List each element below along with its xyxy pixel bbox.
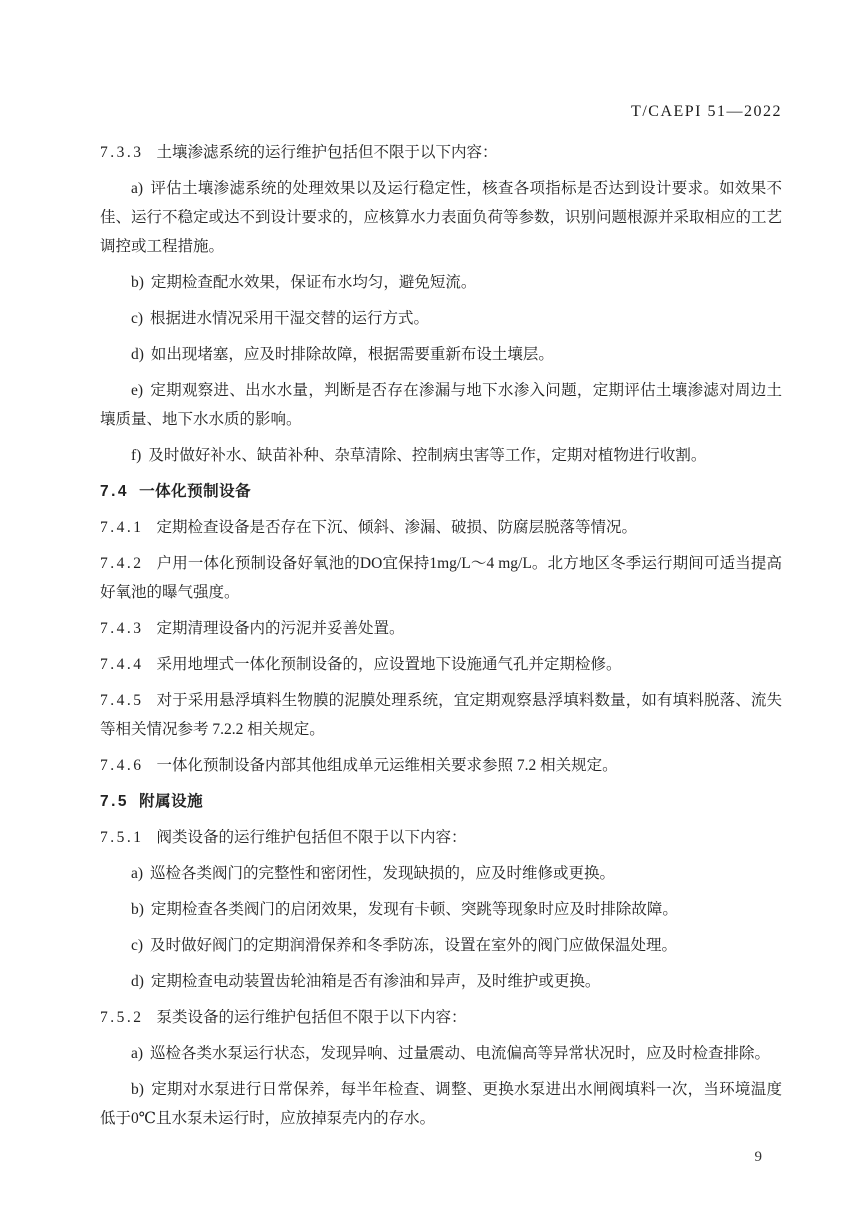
clause-paragraph: 7.4.1定期检查设备是否存在下沉、倾斜、渗漏、破损、防腐层脱落等情况。 — [100, 513, 782, 542]
clause-number: 7.4.4 — [100, 656, 144, 673]
paragraph-text: 土壤渗滤系统的运行维护包括但不限于以下内容： — [157, 144, 498, 161]
clause-paragraph: 7.3.3土壤渗滤系统的运行维护包括但不限于以下内容： — [100, 138, 782, 167]
clause-number: 7.4 — [100, 483, 129, 500]
clause-number: 7.5.1 — [100, 829, 144, 846]
item-marker: d) — [131, 973, 144, 990]
page-number: 9 — [100, 1149, 782, 1166]
list-item-paragraph: a)评估土壤渗滤系统的处理效果以及运行稳定性，核查各项指标是否达到设计要求。如效… — [100, 174, 782, 261]
item-marker: f) — [131, 447, 141, 464]
paragraph-text: 定期观察进、出水水量，判断是否存在渗漏与地下水渗入问题，定期评估土壤渗滤对周边土… — [100, 382, 782, 428]
item-marker: d) — [131, 346, 144, 363]
clause-paragraph: 7.5.1阀类设备的运行维护包括但不限于以下内容： — [100, 823, 782, 852]
list-item-paragraph: a)巡检各类阀门的完整性和密闭性，发现缺损的，应及时维修或更换。 — [100, 859, 782, 888]
clause-paragraph: 7.4.5对于采用悬浮填料生物膜的泥膜处理系统，宜定期观察悬浮填料数量，如有填料… — [100, 686, 782, 744]
paragraph-text: 对于采用悬浮填料生物膜的泥膜处理系统，宜定期观察悬浮填料数量，如有填料脱落、流失… — [100, 692, 782, 738]
paragraph-text: 阀类设备的运行维护包括但不限于以下内容： — [157, 829, 467, 846]
list-item-paragraph: a)巡检各类水泵运行状态，发现异响、过量震动、电流偏高等异常状况时，应及时检查排… — [100, 1039, 782, 1068]
clause-number: 7.4.6 — [100, 757, 144, 774]
clause-number: 7.4.5 — [100, 692, 144, 709]
list-item-paragraph: f)及时做好补水、缺苗补种、杂草清除、控制病虫害等工作，定期对植物进行收割。 — [100, 441, 782, 470]
paragraph-text: 附属设施 — [139, 793, 203, 810]
paragraph-text: 采用地埋式一体化预制设备的，应设置地下设施通气孔并定期检修。 — [157, 656, 622, 673]
paragraph-text: 定期检查各类阀门的启闭效果，发现有卡顿、突跳等现象时应及时排除故障。 — [151, 901, 678, 918]
item-marker: c) — [131, 937, 143, 954]
paragraph-text: 泵类设备的运行维护包括但不限于以下内容： — [157, 1009, 467, 1026]
list-item-paragraph: b)定期对水泵进行日常保养，每半年检查、调整、更换水泵进出水闸阀填料一次，当环境… — [100, 1075, 782, 1133]
paragraph-text: 定期检查配水效果，保证布水均匀，避免短流。 — [151, 274, 477, 291]
paragraph-text: 定期检查设备是否存在下沉、倾斜、渗漏、破损、防腐层脱落等情况。 — [157, 519, 638, 536]
clause-number: 7.4.2 — [100, 555, 144, 572]
document-page: T/CAEPI 51—2022 7.3.3土壤渗滤系统的运行维护包括但不限于以下… — [0, 0, 860, 1216]
list-item-paragraph: d)定期检查电动装置齿轮油箱是否有渗油和异声，及时维护或更换。 — [100, 967, 782, 996]
list-item-paragraph: c)及时做好阀门的定期润滑保养和冬季防冻，设置在室外的阀门应做保温处理。 — [100, 931, 782, 960]
list-item-paragraph: d)如出现堵塞，应及时排除故障，根据需要重新布设土壤层。 — [100, 340, 782, 369]
section-heading: 7.5附属设施 — [100, 787, 782, 816]
paragraph-text: 巡检各类阀门的完整性和密闭性，发现缺损的，应及时维修或更换。 — [150, 865, 615, 882]
clause-number: 7.5.2 — [100, 1009, 144, 1026]
clause-paragraph: 7.4.4采用地埋式一体化预制设备的，应设置地下设施通气孔并定期检修。 — [100, 650, 782, 679]
clause-number: 7.4.1 — [100, 519, 144, 536]
item-marker: e) — [131, 382, 143, 399]
paragraph-text: 根据进水情况采用干湿交替的运行方式。 — [150, 310, 429, 327]
paragraph-text: 一体化预制设备 — [139, 483, 251, 500]
paragraph-text: 户用一体化预制设备好氧池的DO宜保持1mg/L～4 mg/L。北方地区冬季运行期… — [100, 555, 782, 601]
paragraph-text: 定期检查电动装置齿轮油箱是否有渗油和异声，及时维护或更换。 — [151, 973, 601, 990]
paragraph-text: 评估土壤渗滤系统的处理效果以及运行稳定性，核查各项指标是否达到设计要求。如效果不… — [100, 180, 782, 255]
paragraph-text: 定期对水泵进行日常保养，每半年检查、调整、更换水泵进出水闸阀填料一次，当环境温度… — [100, 1081, 782, 1127]
item-marker: a) — [131, 1045, 143, 1062]
paragraph-text: 巡检各类水泵运行状态，发现异响、过量震动、电流偏高等异常状况时，应及时检查排除。 — [150, 1045, 770, 1062]
clause-number: 7.5 — [100, 793, 129, 810]
list-item-paragraph: b)定期检查各类阀门的启闭效果，发现有卡顿、突跳等现象时应及时排除故障。 — [100, 895, 782, 924]
list-item-paragraph: c)根据进水情况采用干湿交替的运行方式。 — [100, 304, 782, 333]
item-marker: c) — [131, 310, 143, 327]
clause-paragraph: 7.5.2泵类设备的运行维护包括但不限于以下内容： — [100, 1003, 782, 1032]
paragraph-text: 如出现堵塞，应及时排除故障，根据需要重新布设土壤层。 — [151, 346, 554, 363]
item-marker: a) — [131, 865, 143, 882]
document-body: 7.3.3土壤渗滤系统的运行维护包括但不限于以下内容：a)评估土壤渗滤系统的处理… — [100, 138, 782, 1133]
document-header-standard-number: T/CAEPI 51—2022 — [100, 100, 782, 124]
paragraph-text: 及时做好阀门的定期润滑保养和冬季防冻，设置在室外的阀门应做保温处理。 — [150, 937, 677, 954]
clause-number: 7.3.3 — [100, 144, 144, 161]
clause-number: 7.4.3 — [100, 620, 144, 637]
section-heading: 7.4一体化预制设备 — [100, 477, 782, 506]
list-item-paragraph: b)定期检查配水效果，保证布水均匀，避免短流。 — [100, 268, 782, 297]
clause-paragraph: 7.4.2户用一体化预制设备好氧池的DO宜保持1mg/L～4 mg/L。北方地区… — [100, 549, 782, 607]
clause-paragraph: 7.4.3定期清理设备内的污泥并妥善处置。 — [100, 614, 782, 643]
item-marker: b) — [131, 274, 144, 291]
item-marker: b) — [131, 1081, 144, 1098]
paragraph-text: 及时做好补水、缺苗补种、杂草清除、控制病虫害等工作，定期对植物进行收割。 — [148, 447, 706, 464]
item-marker: b) — [131, 901, 144, 918]
list-item-paragraph: e)定期观察进、出水水量，判断是否存在渗漏与地下水渗入问题，定期评估土壤渗滤对周… — [100, 376, 782, 434]
clause-paragraph: 7.4.6一体化预制设备内部其他组成单元运维相关要求参照 7.2 相关规定。 — [100, 751, 782, 780]
item-marker: a) — [131, 180, 143, 197]
paragraph-text: 一体化预制设备内部其他组成单元运维相关要求参照 7.2 相关规定。 — [157, 757, 618, 774]
paragraph-text: 定期清理设备内的污泥并妥善处置。 — [157, 620, 405, 637]
